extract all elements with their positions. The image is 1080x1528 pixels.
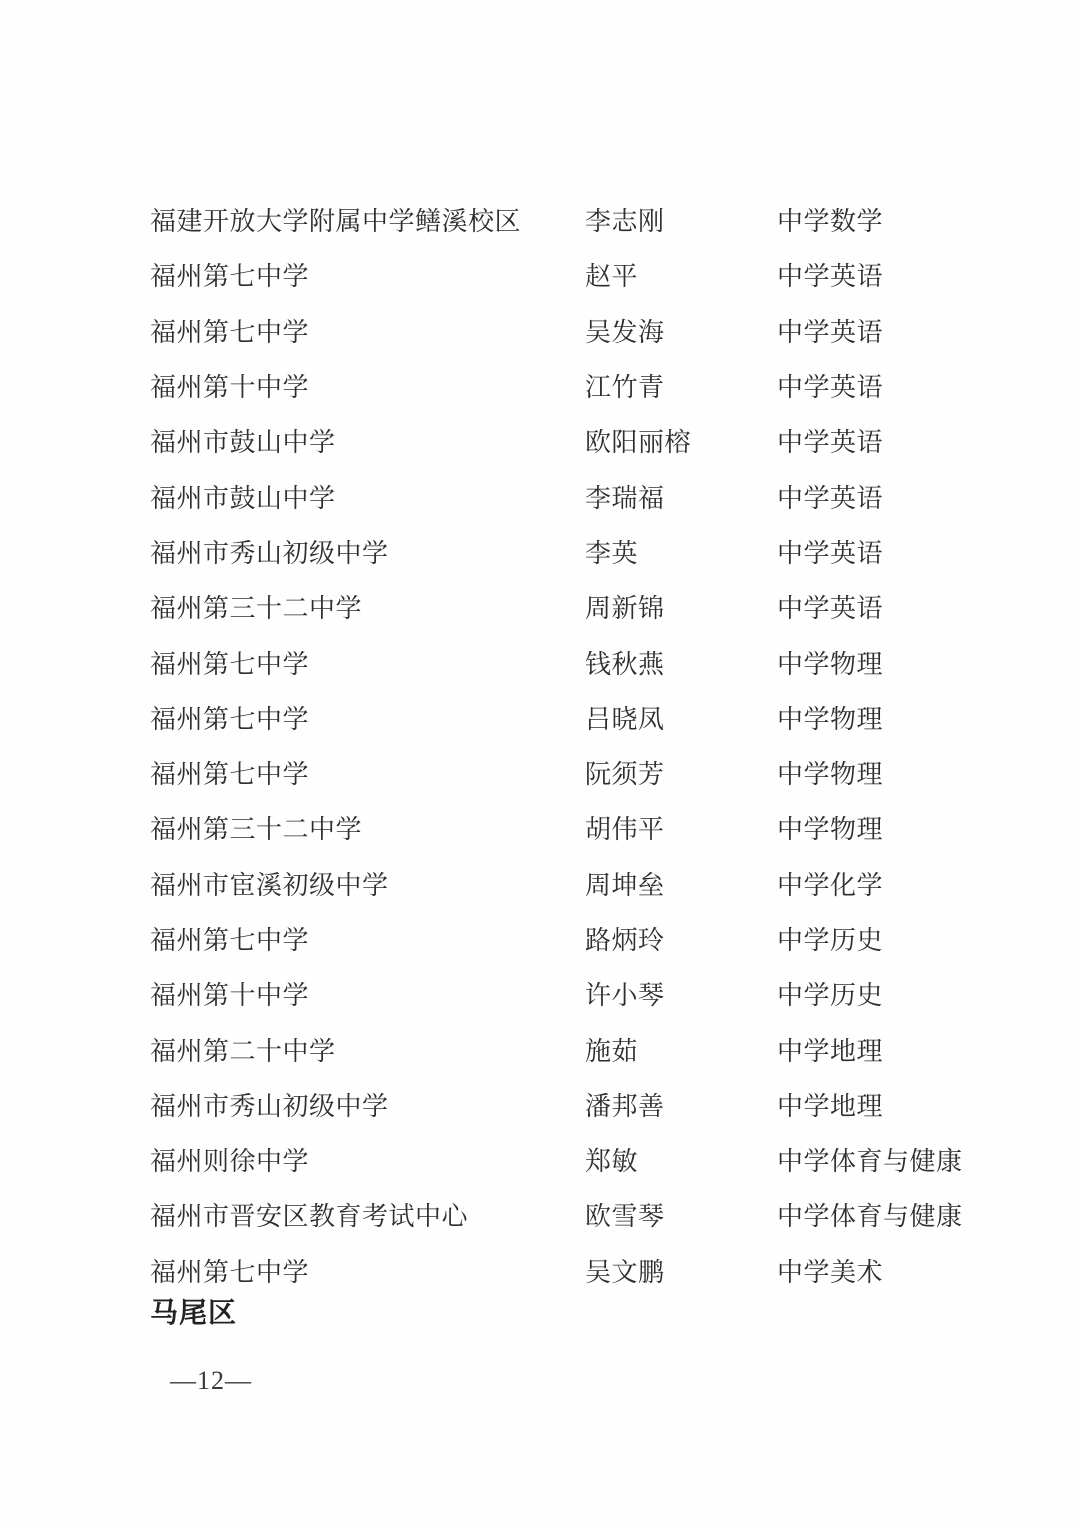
school-name-cell: 福州第三十二中学 — [150, 588, 585, 625]
table-row: 福州第三十二中学 周新锦 中学英语 — [150, 579, 1030, 634]
table-row: 福州市秀山初级中学 潘邦善 中学地理 — [150, 1077, 1030, 1132]
table-row: 福州第七中学 吕晓凤 中学物理 — [150, 690, 1030, 745]
subject-cell: 中学英语 — [777, 367, 1030, 404]
table-row: 福州第七中学 钱秋燕 中学物理 — [150, 634, 1030, 689]
teacher-name-cell: 路炳玲 — [585, 920, 777, 957]
subject-cell: 中学化学 — [777, 865, 1030, 902]
table-row: 福州第十中学 江竹青 中学英语 — [150, 358, 1030, 413]
table-row: 福州市宦溪初级中学 周坤垒 中学化学 — [150, 856, 1030, 911]
school-name-cell: 福州市晋安区教育考试中心 — [150, 1196, 585, 1233]
teacher-name-cell: 江竹青 — [585, 367, 777, 404]
page-number: —12— — [170, 1366, 252, 1396]
teacher-name-cell: 赵平 — [585, 256, 777, 293]
subject-cell: 中学美术 — [777, 1252, 1030, 1289]
table-row: 福州第七中学 吴发海 中学英语 — [150, 303, 1030, 358]
subject-cell: 中学物理 — [777, 644, 1030, 681]
school-name-cell: 福建开放大学附属中学鳝溪校区 — [150, 201, 585, 238]
teacher-name-cell: 李志刚 — [585, 201, 777, 238]
subject-cell: 中学体育与健康 — [777, 1196, 1030, 1233]
table-row: 福州第十中学 许小琴 中学历史 — [150, 966, 1030, 1021]
table-row: 福州则徐中学 郑敏 中学体育与健康 — [150, 1132, 1030, 1187]
school-name-cell: 福州第七中学 — [150, 312, 585, 349]
subject-cell: 中学历史 — [777, 975, 1030, 1012]
school-name-cell: 福州第十中学 — [150, 975, 585, 1012]
school-name-cell: 福州市秀山初级中学 — [150, 533, 585, 570]
table-row: 福州第七中学 吴文鹏 中学美术 — [150, 1243, 1030, 1298]
teacher-name-cell: 李英 — [585, 533, 777, 570]
school-name-cell: 福州市鼓山中学 — [150, 422, 585, 459]
table-row: 福州第七中学 路炳玲 中学历史 — [150, 911, 1030, 966]
teacher-name-cell: 欧雪琴 — [585, 1196, 777, 1233]
section-heading-mawei-district: 马尾区 — [150, 1291, 237, 1331]
school-name-cell: 福州第三十二中学 — [150, 809, 585, 846]
document-page: 福建开放大学附属中学鳝溪校区 李志刚 中学数学 福州第七中学 赵平 中学英语 福… — [0, 0, 1080, 1528]
school-name-cell: 福州第七中学 — [150, 699, 585, 736]
teacher-name-cell: 阮须芳 — [585, 754, 777, 791]
table-row: 福州第二十中学 施茹 中学地理 — [150, 1021, 1030, 1076]
school-name-cell: 福州市鼓山中学 — [150, 478, 585, 515]
table-row: 福州第七中学 阮须芳 中学物理 — [150, 745, 1030, 800]
subject-cell: 中学英语 — [777, 533, 1030, 570]
subject-cell: 中学体育与健康 — [777, 1141, 1030, 1178]
school-name-cell: 福州市秀山初级中学 — [150, 1086, 585, 1123]
table-row: 福州市鼓山中学 李瑞福 中学英语 — [150, 468, 1030, 523]
teacher-name-cell: 潘邦善 — [585, 1086, 777, 1123]
subject-cell: 中学英语 — [777, 422, 1030, 459]
school-name-cell: 福州第七中学 — [150, 644, 585, 681]
teacher-name-cell: 吴文鹏 — [585, 1252, 777, 1289]
table-row: 福州第三十二中学 胡伟平 中学物理 — [150, 800, 1030, 855]
school-name-cell: 福州市宦溪初级中学 — [150, 865, 585, 902]
subject-cell: 中学地理 — [777, 1031, 1030, 1068]
subject-cell: 中学物理 — [777, 809, 1030, 846]
teacher-name-cell: 吴发海 — [585, 312, 777, 349]
teacher-name-cell: 周新锦 — [585, 588, 777, 625]
school-name-cell: 福州第十中学 — [150, 367, 585, 404]
school-name-cell: 福州第七中学 — [150, 920, 585, 957]
table-row: 福州市秀山初级中学 李英 中学英语 — [150, 524, 1030, 579]
teacher-name-cell: 许小琴 — [585, 975, 777, 1012]
teacher-name-cell: 钱秋燕 — [585, 644, 777, 681]
teacher-list: 福建开放大学附属中学鳝溪校区 李志刚 中学数学 福州第七中学 赵平 中学英语 福… — [150, 192, 1030, 1298]
school-name-cell: 福州第七中学 — [150, 754, 585, 791]
subject-cell: 中学地理 — [777, 1086, 1030, 1123]
school-name-cell: 福州第二十中学 — [150, 1031, 585, 1068]
subject-cell: 中学英语 — [777, 312, 1030, 349]
subject-cell: 中学英语 — [777, 256, 1030, 293]
teacher-name-cell: 施茹 — [585, 1031, 777, 1068]
school-name-cell: 福州第七中学 — [150, 256, 585, 293]
subject-cell: 中学英语 — [777, 588, 1030, 625]
subject-cell: 中学物理 — [777, 754, 1030, 791]
school-name-cell: 福州第七中学 — [150, 1252, 585, 1289]
teacher-name-cell: 郑敏 — [585, 1141, 777, 1178]
subject-cell: 中学数学 — [777, 201, 1030, 238]
teacher-name-cell: 吕晓凤 — [585, 699, 777, 736]
subject-cell: 中学英语 — [777, 478, 1030, 515]
teacher-name-cell: 胡伟平 — [585, 809, 777, 846]
subject-cell: 中学历史 — [777, 920, 1030, 957]
table-row: 福州第七中学 赵平 中学英语 — [150, 247, 1030, 302]
teacher-name-cell: 欧阳丽榕 — [585, 422, 777, 459]
table-row: 福建开放大学附属中学鳝溪校区 李志刚 中学数学 — [150, 192, 1030, 247]
table-row: 福州市鼓山中学 欧阳丽榕 中学英语 — [150, 413, 1030, 468]
teacher-name-cell: 李瑞福 — [585, 478, 777, 515]
teacher-name-cell: 周坤垒 — [585, 865, 777, 902]
table-row: 福州市晋安区教育考试中心 欧雪琴 中学体育与健康 — [150, 1187, 1030, 1242]
subject-cell: 中学物理 — [777, 699, 1030, 736]
school-name-cell: 福州则徐中学 — [150, 1141, 585, 1178]
